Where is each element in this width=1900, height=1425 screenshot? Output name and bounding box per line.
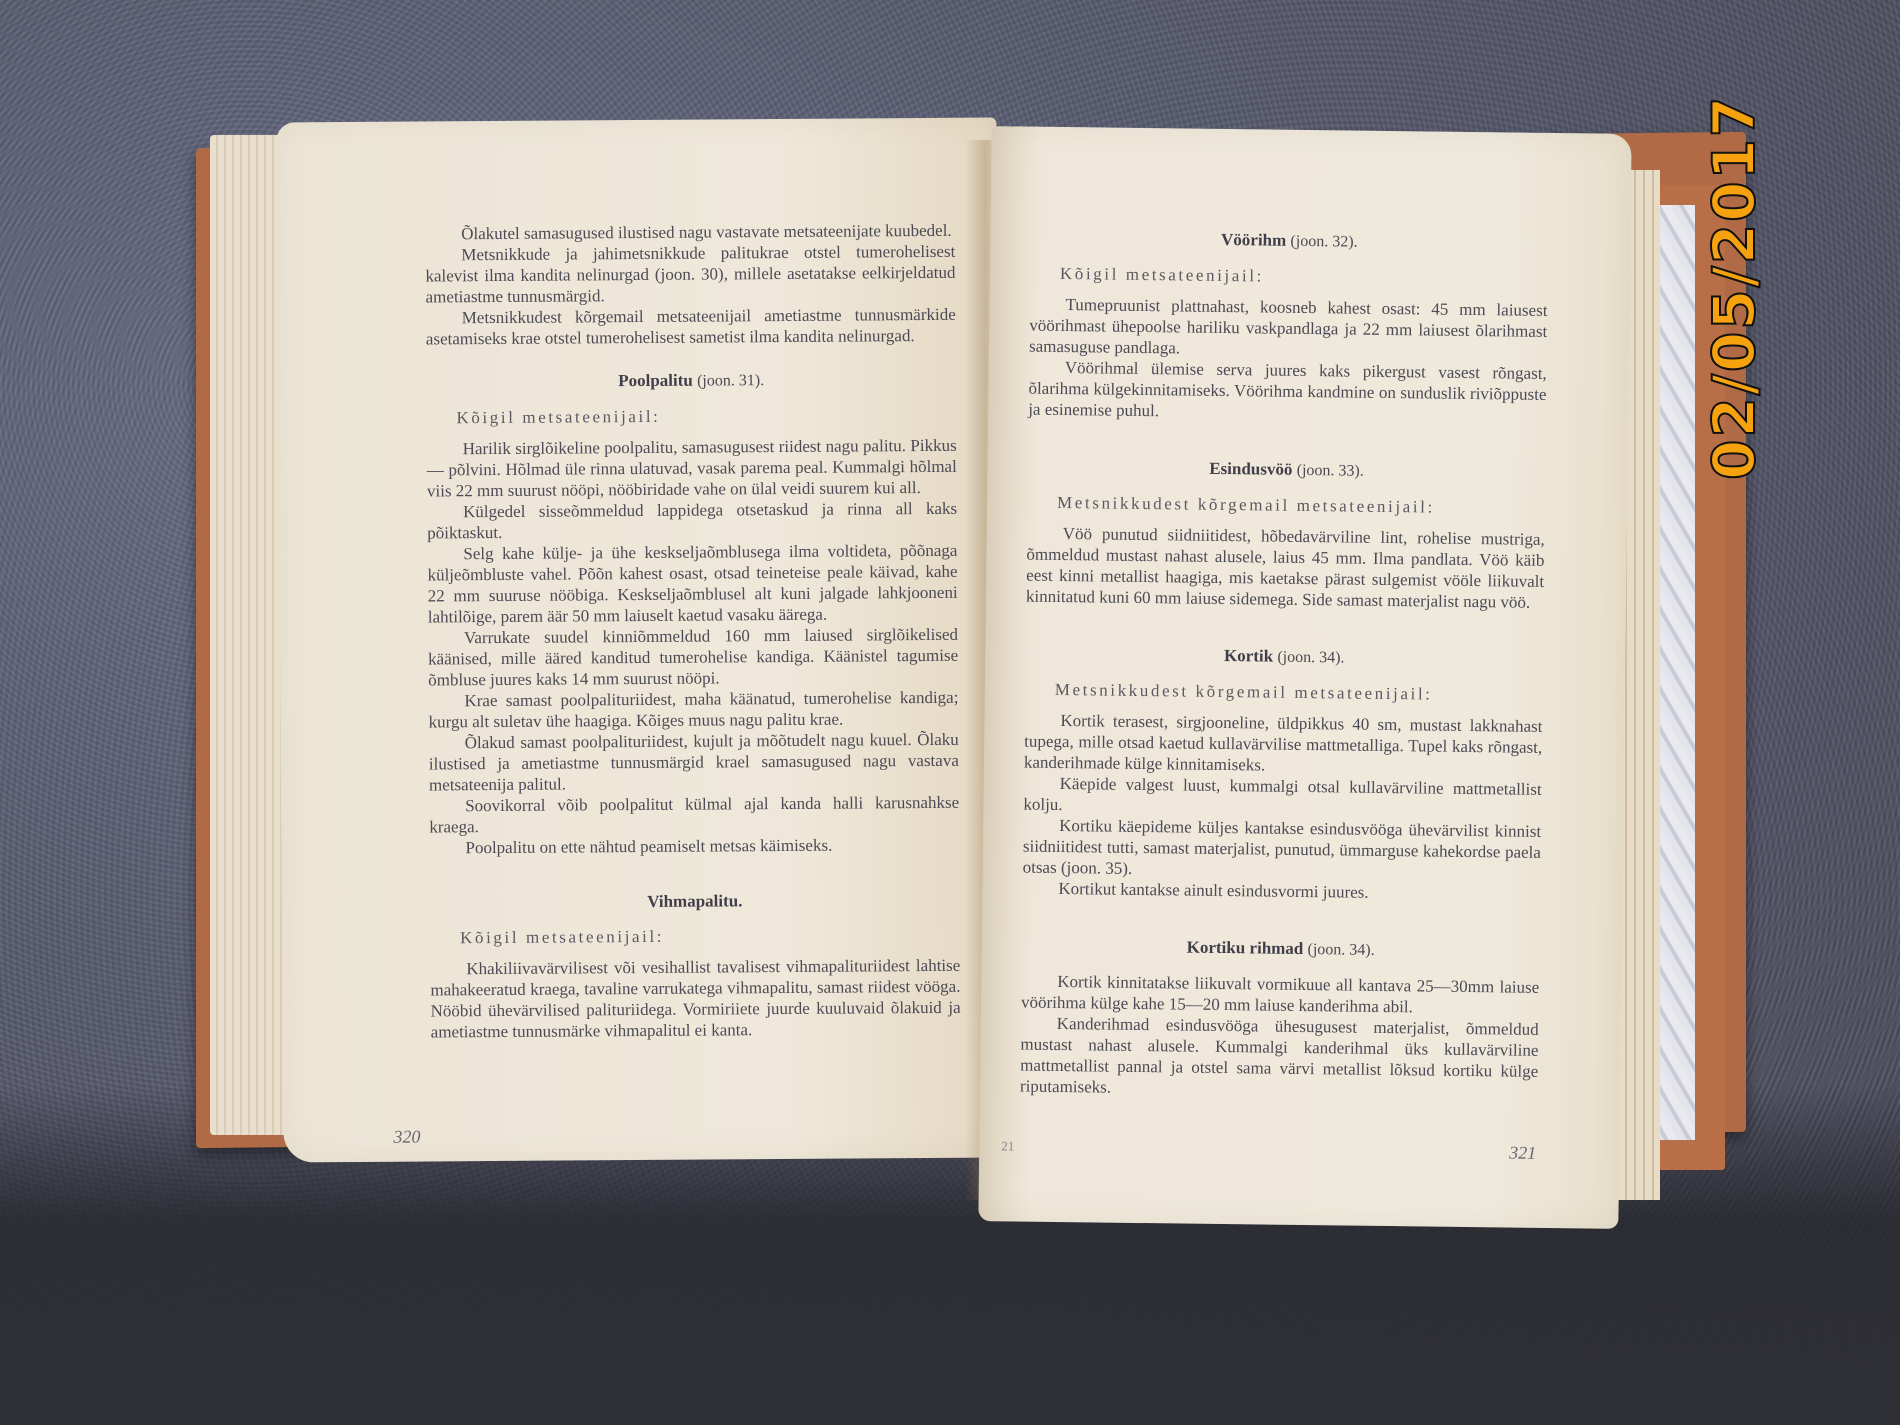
signature-mark: 21	[1001, 1138, 1014, 1154]
left-page: Õlakutel samasugused ilustised nagu vast…	[276, 117, 1003, 1162]
section-heading-esindusvoo: Esindusvöö (joon. 33).	[1027, 456, 1545, 484]
paragraph: Varrukate suudel kinniõmmeldud 160 mm la…	[428, 624, 958, 691]
paragraph: Khakiliivavärvilisest või vesihallist ta…	[430, 955, 961, 1043]
paragraph: Harilik sirglõikeline poolpalitu, samasu…	[427, 435, 957, 502]
section-heading-poolpalitu: Poolpalitu (joon. 31).	[426, 368, 956, 394]
paragraph: Metsnikkude ja jahimetsnikkude palitukra…	[425, 241, 955, 308]
paragraph: Õlakud samast poolpalituriidest, kujult …	[429, 729, 959, 796]
paragraph: Kanderihmad esindusvööga ühesugusest mat…	[1020, 1013, 1539, 1103]
right-page: Vöörihm (joon. 32). Kõigil metsateenijai…	[978, 126, 1631, 1229]
paragraph: Vöörihmal ülemise serva juures kaks pike…	[1028, 357, 1547, 426]
paragraph: Tumepruunist plattnahast, koosneb kahest…	[1029, 294, 1548, 363]
page-number: 321	[1509, 1143, 1536, 1164]
paragraph: Metsnikkudest kõrgemail metsateenijail a…	[426, 304, 956, 350]
left-page-text: Õlakutel samasugused ilustised nagu vast…	[425, 220, 961, 1043]
paragraph: Kortik kinnitatakse liikuvalt vormikuue …	[1021, 971, 1539, 1019]
section-heading-vihmapalitu: Vihmapalitu.	[430, 889, 960, 914]
section-heading-voorihm: Vöörihm (joon. 32).	[1030, 227, 1548, 255]
section-subtitle: Metsnikkudest kõrgemail metsateenijail:	[1027, 492, 1545, 519]
section-subtitle: Kõigil metsateenijail:	[1030, 263, 1548, 290]
paragraph: Poolpalitu on ette nähtud peamiselt mets…	[429, 834, 959, 859]
section-subtitle: Metsnikkudest kõrgemail metsateenijail:	[1025, 679, 1543, 706]
section-subtitle: Kõigil metsateenijail:	[426, 404, 956, 429]
section-heading-kortiku-rihmad: Kortiku rihmad (joon. 34).	[1022, 935, 1540, 963]
camera-date-stamp: 02/05/2017	[1700, 95, 1768, 480]
section-heading-kortik: Kortik (joon. 34).	[1025, 643, 1543, 671]
paragraph: Krae samast poolpalituriidest, maha kään…	[428, 687, 958, 733]
marbled-endpaper	[1655, 205, 1695, 1140]
paragraph: Soovikorral võib poolpalitut külmal ajal…	[429, 792, 959, 838]
paragraph: Külgedel sisseõmmeldud lappidega otsetas…	[427, 498, 957, 544]
paragraph: Kortiku käepideme küljes kantakse esindu…	[1023, 815, 1542, 884]
section-subtitle: Kõigil metsateenijail:	[430, 924, 960, 949]
right-page-text: Vöörihm (joon. 32). Kõigil metsateenijai…	[1020, 227, 1549, 1103]
paragraph: Kortik terasest, sirgjooneline, üldpikku…	[1024, 710, 1543, 779]
paragraph: Vöö punutud siidniitidest, hõbedavärvili…	[1026, 523, 1545, 613]
page-number: 320	[393, 1127, 420, 1148]
paragraph: Selg kahe külje- ja ühe keskseljaõmbluse…	[427, 540, 958, 628]
paragraph: Käepide valgest luust, kummalgi otsal ku…	[1023, 773, 1541, 821]
